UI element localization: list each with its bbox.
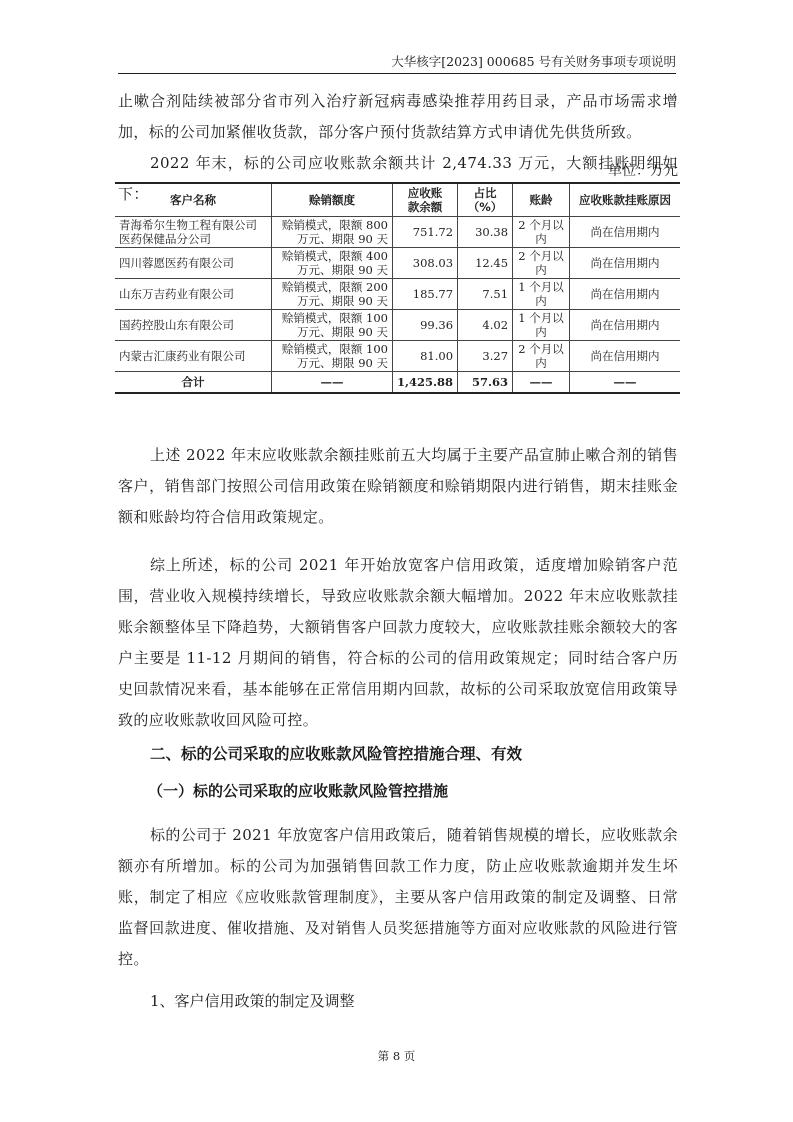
cell-percent: 3.27 xyxy=(458,341,513,372)
cell-total-credit-limit: —— xyxy=(272,372,393,394)
paragraph-summary: 综上所述，标的公司 2021 年开始放宽客户信用政策，适度增加赊销客户范围，营业… xyxy=(118,550,678,736)
col-header-percent-line2: （%） xyxy=(462,200,508,214)
col-header-aging: 账龄 xyxy=(513,183,570,217)
cell-customer: 青海希尔生物工程有限公司医药保健品分公司 xyxy=(115,217,272,248)
cell-customer: 四川蓉愿医药有限公司 xyxy=(115,248,272,279)
item-heading-1: 1、客户信用政策的制定及调整 xyxy=(150,990,355,1011)
paragraph-continuation: 止嗽合剂陆续被部分省市列入治疗新冠病毒感染推荐用药目录，产品市场需求增加，标的公… xyxy=(118,86,678,148)
cell-customer: 国药控股山东有限公司 xyxy=(115,310,272,341)
col-header-balance: 应收账 款余额 xyxy=(393,183,458,217)
cell-reason: 尚在信用期内 xyxy=(570,279,680,310)
cell-total-label: 合计 xyxy=(115,372,272,394)
col-header-percent: 占比 （%） xyxy=(458,183,513,217)
cell-percent: 7.51 xyxy=(458,279,513,310)
col-header-balance-line2: 款余额 xyxy=(397,200,453,214)
cell-percent: 12.45 xyxy=(458,248,513,279)
col-header-customer: 客户名称 xyxy=(115,183,272,217)
header-title: 大华核字[2023] 000685 号有关财务事项专项说明 xyxy=(391,54,676,69)
cell-aging: 2 个月以内 xyxy=(513,248,570,279)
cell-total-balance: 1,425.88 xyxy=(393,372,458,394)
cell-credit-limit: 赊销模式，限额 800 万元、期限 90 天 xyxy=(272,217,393,248)
cell-customer: 山东万吉药业有限公司 xyxy=(115,279,272,310)
paragraph-risk-control: 标的公司于 2021 年放宽客户信用政策后，随着销售规模的增长，应收账款余额亦有… xyxy=(118,820,678,975)
cell-credit-limit: 赊销模式，限额 100 万元、期限 90 天 xyxy=(272,341,393,372)
cell-reason: 尚在信用期内 xyxy=(570,217,680,248)
col-header-credit-limit: 赊销额度 xyxy=(272,183,393,217)
table-row: 青海希尔生物工程有限公司医药保健品分公司 赊销模式，限额 800 万元、期限 9… xyxy=(115,217,680,248)
cell-total-percent: 57.63 xyxy=(458,372,513,394)
cell-percent: 4.02 xyxy=(458,310,513,341)
cell-balance: 185.77 xyxy=(393,279,458,310)
table-total-row: 合计 —— 1,425.88 57.63 —— —— xyxy=(115,372,680,394)
unit-label: 单位：万元 xyxy=(608,160,678,180)
cell-percent: 30.38 xyxy=(458,217,513,248)
cell-credit-limit: 赊销模式，限额 200 万元、期限 90 天 xyxy=(272,279,393,310)
cell-balance: 751.72 xyxy=(393,217,458,248)
cell-reason: 尚在信用期内 xyxy=(570,310,680,341)
page-header: 大华核字[2023] 000685 号有关财务事项专项说明 xyxy=(118,54,676,74)
cell-credit-limit: 赊销模式，限额 400 万元、期限 90 天 xyxy=(272,248,393,279)
section-heading-2: 二、标的公司采取的应收账款风险管控措施合理、有效 xyxy=(150,742,522,764)
table-header-row: 客户名称 赊销额度 应收账 款余额 占比 （%） 账龄 应收账款挂账原因 xyxy=(115,183,680,217)
table-row: 山东万吉药业有限公司 赊销模式，限额 200 万元、期限 90 天 185.77… xyxy=(115,279,680,310)
col-header-balance-line1: 应收账 xyxy=(397,186,453,200)
cell-balance: 308.03 xyxy=(393,248,458,279)
cell-reason: 尚在信用期内 xyxy=(570,248,680,279)
page-number: 第 8 页 xyxy=(0,1048,793,1064)
paragraph-top5-customers: 上述 2022 年末应收账款余额挂账前五大均属于主要产品宣肺止嗽合剂的销售客户，… xyxy=(118,440,678,533)
table-row: 四川蓉愿医药有限公司 赊销模式，限额 400 万元、期限 90 天 308.03… xyxy=(115,248,680,279)
cell-credit-limit: 赊销模式，限额 100 万元、期限 90 天 xyxy=(272,310,393,341)
cell-customer: 内蒙古汇康药业有限公司 xyxy=(115,341,272,372)
table-row: 内蒙古汇康药业有限公司 赊销模式，限额 100 万元、期限 90 天 81.00… xyxy=(115,341,680,372)
cell-aging: 2 个月以内 xyxy=(513,341,570,372)
subsection-heading-1: （一）标的公司采取的应收账款风险管控措施 xyxy=(148,780,448,801)
cell-total-aging: —— xyxy=(513,372,570,394)
cell-aging: 1 个月以内 xyxy=(513,310,570,341)
table-row: 国药控股山东有限公司 赊销模式，限额 100 万元、期限 90 天 99.36 … xyxy=(115,310,680,341)
cell-total-reason: —— xyxy=(570,372,680,394)
cell-aging: 1 个月以内 xyxy=(513,279,570,310)
cell-aging: 2 个月以内 xyxy=(513,217,570,248)
cell-reason: 尚在信用期内 xyxy=(570,341,680,372)
cell-balance: 81.00 xyxy=(393,341,458,372)
receivables-table: 客户名称 赊销额度 应收账 款余额 占比 （%） 账龄 应收账款挂账原因 青海希… xyxy=(115,182,680,394)
col-header-reason: 应收账款挂账原因 xyxy=(570,183,680,217)
cell-balance: 99.36 xyxy=(393,310,458,341)
col-header-percent-line1: 占比 xyxy=(462,186,508,200)
